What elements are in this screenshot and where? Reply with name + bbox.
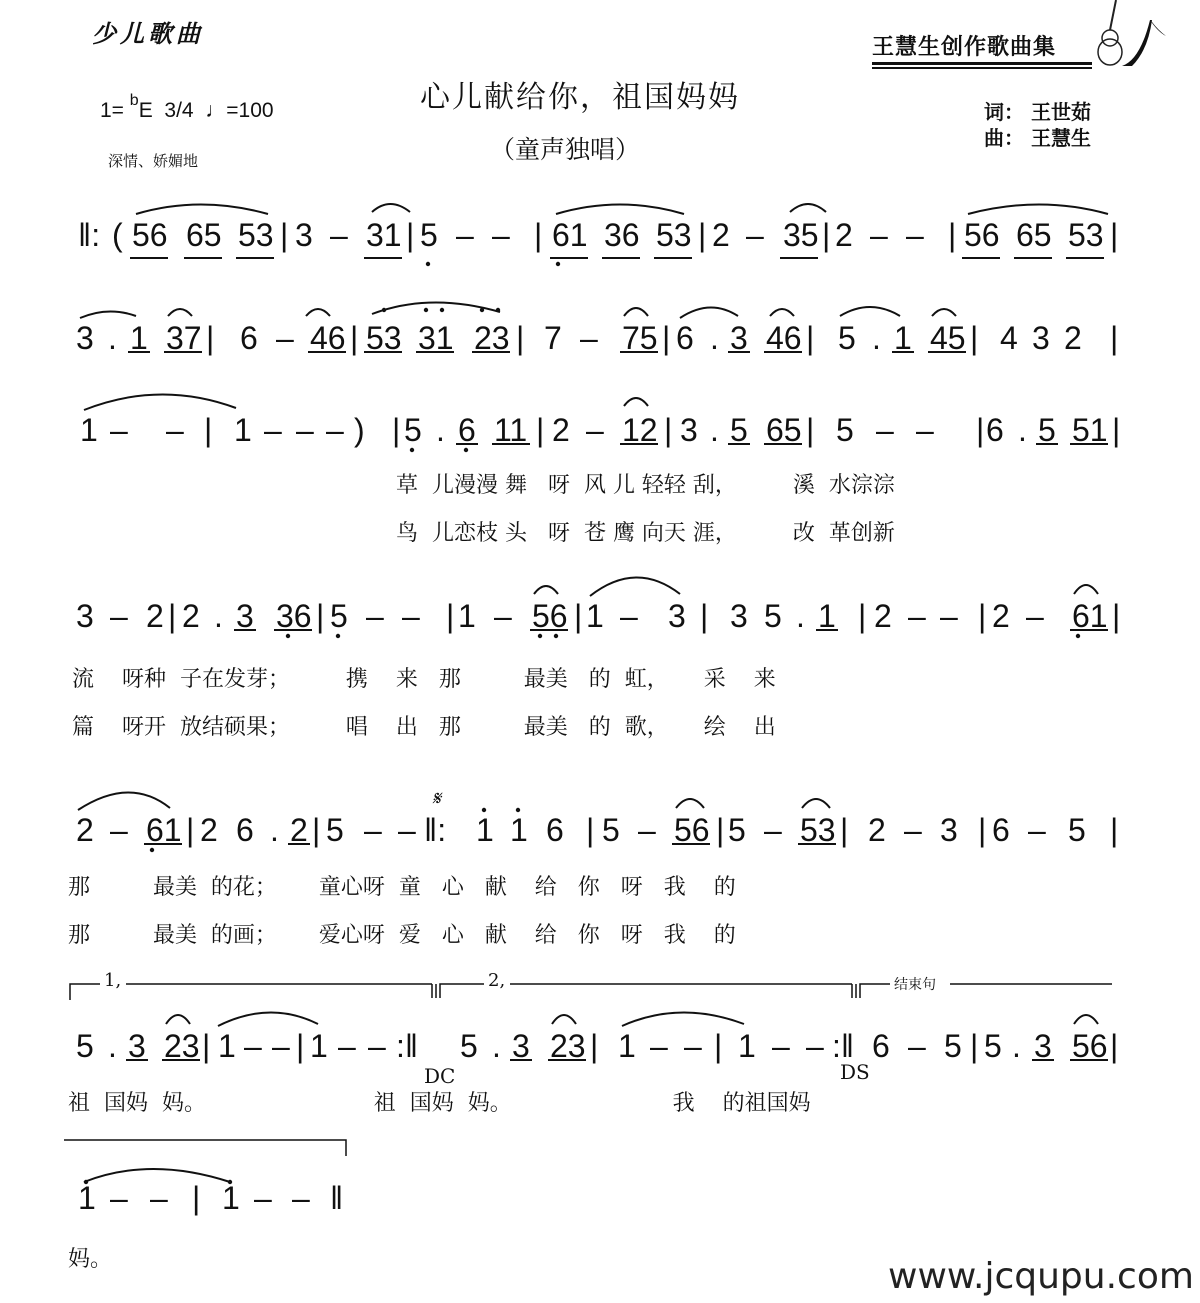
dc-mark: DC: [424, 1064, 455, 1088]
barline: |: [446, 596, 454, 636]
note: 6: [676, 318, 694, 358]
note: 2: [552, 410, 570, 450]
note: 2: [146, 596, 164, 636]
barline: |: [1110, 1026, 1118, 1066]
barline: |: [700, 596, 708, 636]
lyric-line: 流 呀种 子在发芽； 携 来 那 最美 的 虹， 采 来: [72, 666, 776, 694]
note: .: [214, 596, 223, 636]
note: 6: [986, 410, 1004, 450]
note: ): [354, 410, 365, 450]
note: –: [338, 1026, 356, 1066]
note: –: [110, 810, 128, 850]
note: –: [364, 810, 382, 850]
barline: |: [664, 410, 672, 450]
note: 5: [764, 596, 782, 636]
note: –: [586, 410, 604, 450]
note: –: [272, 1026, 290, 1066]
note: .: [796, 596, 805, 636]
note: 3: [668, 596, 686, 636]
barline: |: [698, 215, 706, 255]
staff-row: 3–2|2.336|5––|1–56|1–3|35.1|2––|2–61|: [0, 596, 1200, 656]
note: –: [110, 1178, 128, 1218]
lyric-line: 妈。: [68, 1246, 112, 1274]
barline: |: [516, 318, 524, 358]
note: 53: [800, 810, 836, 850]
note: –: [326, 410, 344, 450]
note: 46: [766, 318, 802, 358]
barline: |: [206, 318, 214, 358]
barline: |: [316, 596, 324, 636]
note: 3: [680, 410, 698, 450]
note: 23: [550, 1026, 586, 1066]
note: .: [436, 410, 445, 450]
note: 1: [738, 1026, 756, 1066]
note: –: [638, 810, 656, 850]
barline: |: [970, 1026, 978, 1066]
note: 5: [1038, 410, 1056, 450]
barline: |: [976, 410, 984, 450]
barline: |: [590, 1026, 598, 1066]
barline: :‖: [396, 1026, 418, 1066]
note: 4: [1000, 318, 1018, 358]
note: 6: [236, 810, 254, 850]
note: 2: [290, 810, 308, 850]
note: 45: [930, 318, 966, 358]
barline: |: [970, 318, 978, 358]
collection-underline-2: [872, 67, 1092, 69]
key-signature: 1= bE 3/4 ♩=100: [100, 96, 274, 123]
note: –: [1026, 596, 1044, 636]
note: 2: [1064, 318, 1082, 358]
note: 1: [586, 596, 604, 636]
note: .: [1018, 410, 1027, 450]
watermark: www.jcqupu.com: [888, 1256, 1194, 1297]
barline: ‖:: [424, 810, 446, 850]
barline: ‖:: [78, 215, 100, 255]
note: 7: [544, 318, 562, 358]
barline: |: [186, 810, 194, 850]
lyric-line: 那 最美 的画； 爱心呀 爱 心 献 给 你 呀 我 的: [68, 922, 736, 950]
note: 2: [868, 810, 886, 850]
note: 3: [1034, 1026, 1052, 1066]
note: 1: [310, 1026, 328, 1066]
note: –: [806, 1026, 824, 1066]
note: 56: [964, 215, 1000, 255]
barline: |: [1110, 810, 1118, 850]
note: .: [108, 318, 117, 358]
staff-row: ‖:(566553|3–31|5––|613653|2–35|2––|56655…: [0, 215, 1200, 275]
note: –: [150, 1178, 168, 1218]
note: 11: [494, 410, 527, 450]
note: –: [398, 810, 416, 850]
note: 1: [894, 318, 912, 358]
barline: |: [978, 596, 986, 636]
barline: |: [280, 215, 288, 255]
barline: |: [534, 215, 542, 255]
note: 36: [276, 596, 312, 636]
note: –: [492, 215, 510, 255]
note: 3: [1032, 318, 1050, 358]
note: .: [710, 410, 719, 450]
staff-row: 2–61|26.2|5––‖:116|5–56|5–53|2–3|6–5|: [0, 810, 1200, 870]
note: 6: [872, 1026, 890, 1066]
note: 61: [552, 215, 588, 255]
note: 2: [874, 596, 892, 636]
expression-mark: 深情、娇媚地: [108, 150, 198, 171]
note: 1: [130, 318, 148, 358]
note: 5: [730, 410, 748, 450]
barline: |: [858, 596, 866, 636]
note: 12: [622, 410, 658, 450]
flat-symbol: b: [130, 92, 139, 109]
composer-credit: 曲： 王慧生: [984, 122, 1091, 151]
note: 37: [166, 318, 202, 358]
note: 51: [1072, 410, 1108, 450]
note: 6: [992, 810, 1010, 850]
note: 3: [512, 1026, 530, 1066]
note: –: [684, 1026, 702, 1066]
note: 2: [992, 596, 1010, 636]
note: –: [940, 596, 958, 636]
note: 3: [730, 596, 748, 636]
barline: |: [406, 215, 414, 255]
note: 5: [728, 810, 746, 850]
barline: |: [574, 596, 582, 636]
note: 61: [146, 810, 182, 850]
collection-title: 王慧生创作歌曲集: [872, 30, 1056, 61]
note: –: [650, 1026, 668, 1066]
note: 53: [656, 215, 692, 255]
note: 5: [836, 410, 854, 450]
volta-1-label: 1,: [104, 970, 121, 991]
note: 1: [234, 410, 252, 450]
note: 3: [236, 596, 254, 636]
barline: |: [312, 810, 320, 850]
note: 31: [366, 215, 402, 255]
note: 2: [76, 810, 94, 850]
song-subtitle: （童声独唱）: [490, 130, 640, 166]
note: –: [402, 596, 420, 636]
ds-mark: DS: [840, 1060, 870, 1084]
note: 56: [674, 810, 710, 850]
note: –: [580, 318, 598, 358]
note: 1: [476, 810, 494, 850]
staff-row: 1––|1–––)|5.611|2–12|3.565|5––|6.551|: [0, 410, 1200, 470]
lyric-line: 篇 呀开 放结硕果； 唱 出 那 最美 的 歌， 绘 出: [72, 714, 776, 742]
note: –: [908, 1026, 926, 1066]
note: 5: [984, 1026, 1002, 1066]
key-prefix: 1=: [100, 99, 124, 122]
note: –: [330, 215, 348, 255]
note: .: [492, 1026, 501, 1066]
note: –: [292, 1178, 310, 1218]
note: 5: [944, 1026, 962, 1066]
lyric-line: 那 最美 的花； 童心呀 童 心 献 给 你 呀 我 的: [68, 874, 736, 902]
note: –: [870, 215, 888, 255]
barline: |: [714, 1026, 722, 1066]
note: –: [620, 596, 638, 636]
note: –: [110, 596, 128, 636]
note: 5: [76, 1026, 94, 1066]
staff-row: 1––|1––‖: [0, 1178, 1200, 1238]
note: 56: [1072, 1026, 1108, 1066]
barline: |: [536, 410, 544, 450]
note: –: [916, 410, 934, 450]
note: 65: [766, 410, 802, 450]
note: 35: [783, 215, 819, 255]
note: –: [906, 215, 924, 255]
note: –: [244, 1026, 262, 1066]
note: –: [296, 410, 314, 450]
note: 46: [310, 318, 346, 358]
barline: |: [202, 1026, 210, 1066]
note: 5: [838, 318, 856, 358]
note: 31: [418, 318, 454, 358]
barline: |: [1110, 215, 1118, 255]
lyricist-credit: 词： 王世茹: [984, 96, 1091, 125]
barline: |: [350, 318, 358, 358]
note: .: [710, 318, 719, 358]
lyric-line: 鸟 儿恋枝 头 呀 苍 鹰 向天 涯， 改 革创新: [396, 520, 895, 548]
note: 5: [420, 215, 438, 255]
note: 53: [238, 215, 274, 255]
collection-underline: [872, 62, 1092, 65]
note: 6: [458, 410, 476, 450]
note: 5: [330, 596, 348, 636]
note: 5: [460, 1026, 478, 1066]
note: –: [366, 596, 384, 636]
volta-2-label: 2,: [488, 970, 505, 991]
note: (: [112, 215, 123, 255]
note: 23: [164, 1026, 200, 1066]
barline: |: [716, 810, 724, 850]
note: 3: [76, 596, 94, 636]
barline: |: [662, 318, 670, 358]
note: –: [764, 810, 782, 850]
tempo: =100: [226, 99, 273, 122]
note: –: [110, 410, 128, 450]
note: 1: [78, 1178, 96, 1218]
barline: |: [948, 215, 956, 255]
staff-row: 3.137|6–46|533123|7–75|6.346|5.145|432|: [0, 318, 1200, 378]
barline: |: [586, 810, 594, 850]
barline: |: [840, 810, 848, 850]
note: 6: [240, 318, 258, 358]
note: 1: [818, 596, 836, 636]
note: 6: [546, 810, 564, 850]
note: –: [746, 215, 764, 255]
note: .: [1012, 1026, 1021, 1066]
note: 2: [200, 810, 218, 850]
segno-sign: 𝄋: [432, 786, 441, 810]
note: –: [772, 1026, 790, 1066]
lyric-line: 祖 国妈 妈。 祖 国妈 妈。 我 的祖国妈: [68, 1090, 811, 1118]
note: 3: [76, 318, 94, 358]
note: 56: [132, 215, 168, 255]
note: –: [904, 810, 922, 850]
note: .: [872, 318, 881, 358]
lyric-line: 草 儿漫漫 舞 呀 风 儿 轻轻 刮， 溪 水淙淙: [396, 472, 895, 500]
barline: |: [168, 596, 176, 636]
barline: |: [822, 215, 830, 255]
note: 56: [532, 596, 568, 636]
barline: |: [392, 410, 400, 450]
note: 2: [182, 596, 200, 636]
key-note: E: [139, 99, 153, 122]
barline: |: [1112, 410, 1120, 450]
note: .: [108, 1026, 117, 1066]
note: –: [166, 410, 184, 450]
note: 3: [128, 1026, 146, 1066]
note: 75: [622, 318, 658, 358]
note: 3: [730, 318, 748, 358]
note: –: [254, 1178, 272, 1218]
note: 3: [295, 215, 313, 255]
note: 1: [458, 596, 476, 636]
barline: |: [204, 410, 212, 450]
note: –: [276, 318, 294, 358]
barline: |: [1110, 318, 1118, 358]
quarter-note-icon: ♩: [205, 99, 226, 122]
note: 65: [186, 215, 222, 255]
note: 2: [835, 215, 853, 255]
note: .: [270, 810, 279, 850]
note: 1: [218, 1026, 236, 1066]
staff-row: 5.323|1––|1––:‖5.323|1––|1––:‖6–5|5.356|: [0, 1026, 1200, 1086]
note: 36: [604, 215, 640, 255]
note: 1: [618, 1026, 636, 1066]
note: 5: [404, 410, 422, 450]
note: 65: [1016, 215, 1052, 255]
note: –: [368, 1026, 386, 1066]
series-label: 少儿歌曲: [92, 14, 204, 49]
guitar-note-icon: [1088, 0, 1168, 72]
note: –: [264, 410, 282, 450]
barline: |: [806, 410, 814, 450]
time-signature: 3/4: [164, 99, 193, 122]
note: 5: [602, 810, 620, 850]
note: 5: [326, 810, 344, 850]
barline: |: [806, 318, 814, 358]
note: –: [456, 215, 474, 255]
note: –: [908, 596, 926, 636]
note: 61: [1072, 596, 1108, 636]
barline: ‖: [330, 1178, 343, 1218]
note: 3: [940, 810, 958, 850]
note: 2: [712, 215, 730, 255]
note: 23: [474, 318, 510, 358]
note: –: [876, 410, 894, 450]
note: 5: [1068, 810, 1086, 850]
song-title: 心儿献给你，祖国妈妈: [420, 72, 740, 116]
ending-label: 结束句: [894, 974, 936, 994]
barline: |: [296, 1026, 304, 1066]
note: 53: [1068, 215, 1104, 255]
barline: |: [978, 810, 986, 850]
note: –: [494, 596, 512, 636]
note: 1: [510, 810, 528, 850]
barline: |: [1112, 596, 1120, 636]
barline: |: [192, 1178, 200, 1218]
note: 1: [222, 1178, 240, 1218]
note: 53: [366, 318, 402, 358]
note: –: [1028, 810, 1046, 850]
note: 1: [80, 410, 98, 450]
